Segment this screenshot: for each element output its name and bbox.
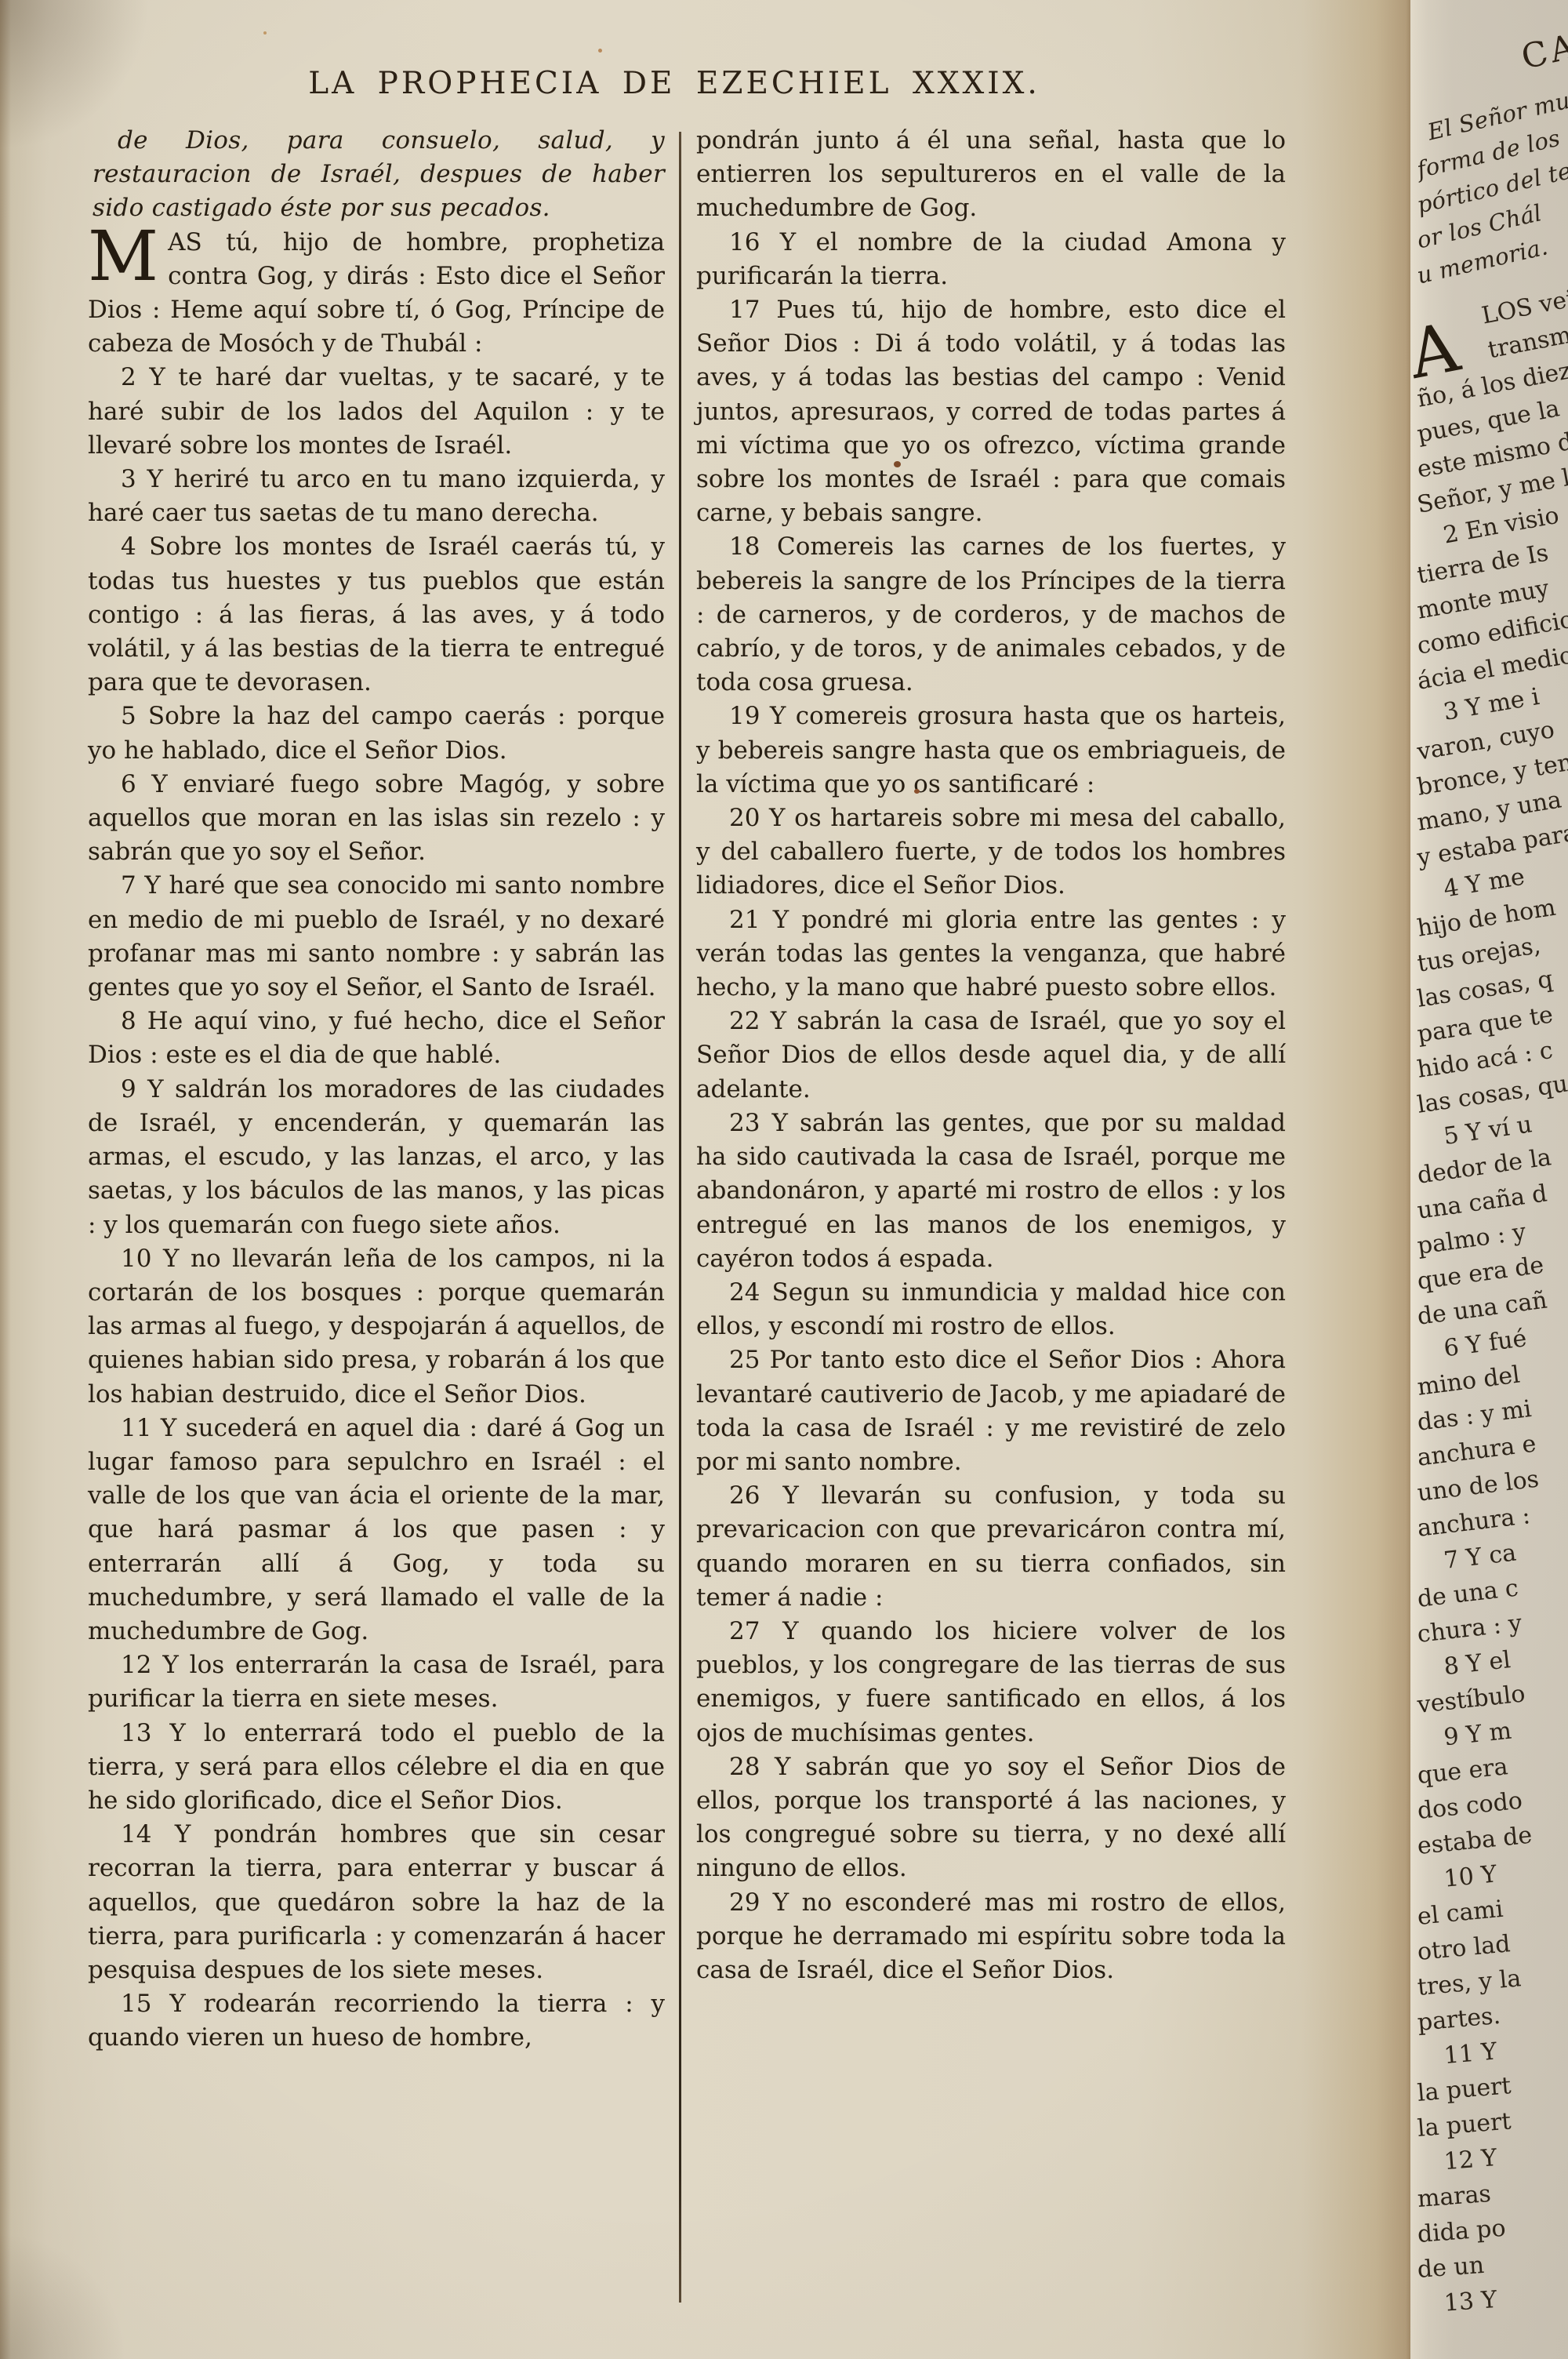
- verse: 4 Sobre los montes de Israél caerás tú, …: [88, 530, 665, 700]
- verse: 15 Y rodearán recorriendo la tierra : y …: [88, 1987, 665, 2055]
- verse: 5 Sobre la haz del campo caerás : porque…: [88, 700, 665, 767]
- verse: 20 Y os hartareis sobre mi mesa del caba…: [696, 801, 1286, 903]
- verse: 18 Comereis las carnes de los fuertes, y…: [696, 530, 1286, 700]
- verse: 19 Y comereis grosura hasta que os harte…: [696, 700, 1286, 801]
- verse: 3 Y heriré tu arco en tu mano izquierda,…: [88, 463, 665, 530]
- verse: 27 Y quando los hiciere volver de los pu…: [696, 1615, 1286, 1750]
- ink-speck: [914, 789, 920, 794]
- verse: 7 Y haré que sea conocido mi santo nombr…: [88, 869, 665, 1005]
- ink-speck: [894, 461, 901, 467]
- verse: 22 Y sabrán la casa de Israél, que yo so…: [696, 1005, 1286, 1107]
- verse: 16 Y el nombre de la ciudad Amona y puri…: [696, 226, 1286, 293]
- verse: 23 Y sabrán las gentes, que por su malda…: [696, 1107, 1286, 1276]
- verse: 13 Y lo enterrará todo el pueblo de la t…: [88, 1717, 665, 1819]
- verse: 28 Y sabrán que yo soy el Señor Dios de …: [696, 1750, 1286, 1886]
- verse: 9 Y saldrán los moradores de las ciudade…: [88, 1073, 665, 1242]
- verse: 11 Y sucederá en aquel dia : daré á Gog …: [88, 1412, 665, 1648]
- verse: 6 Y enviaré fuego sobre Magóg, y sobre a…: [88, 768, 665, 870]
- verse: 2 Y te haré dar vueltas, y te sacaré, y …: [88, 361, 665, 463]
- verse: 26 Y llevarán su confusion, y toda su pr…: [696, 1479, 1286, 1615]
- book-scan: { "colors": { "paper": "#e0d8c6", "paper…: [0, 0, 1568, 2359]
- column-divider: [679, 132, 681, 2303]
- next-page-column: A El Señor muestforma de lospórtico del …: [1417, 118, 1568, 2323]
- verse: 10 Y no llevarán leña de los campos, ni …: [88, 1242, 665, 1412]
- ink-speck: [598, 49, 602, 53]
- verse: 12 Y los enterrarán la casa de Israél, p…: [88, 1648, 665, 1716]
- verse: pondrán junto á él una señal, hasta que …: [696, 124, 1286, 226]
- verse: MAS tú, hijo de hombre, prophetiza contr…: [88, 226, 665, 362]
- right-column: pondrán junto á él una señal, hasta que …: [696, 124, 1286, 1987]
- verse: 21 Y pondré mi gloria entre las gentes :…: [696, 903, 1286, 1005]
- page-header: LA PROPHECIA DE EZECHIEL XXXIX.: [55, 66, 1294, 101]
- verse: 8 He aquí vino, y fué hecho, dice el Señ…: [88, 1005, 665, 1072]
- drop-cap: M: [88, 226, 168, 293]
- verse: 24 Segun su inmundicia y maldad hice con…: [696, 1276, 1286, 1343]
- ink-speck: [263, 31, 267, 35]
- verse: 25 Por tanto esto dice el Señor Dios : A…: [696, 1343, 1286, 1479]
- chapter-summary-italic: de Dios, para consuelo, salud, y restaur…: [88, 124, 665, 226]
- left-column: de Dios, para consuelo, salud, y restaur…: [88, 124, 665, 2055]
- verse: 17 Pues tú, hijo de hombre, esto dice el…: [696, 293, 1286, 530]
- verse: 29 Y no esconderé mas mi rostro de ellos…: [696, 1886, 1286, 1988]
- verse: 14 Y pondrán hombres que sin cesar recor…: [88, 1818, 665, 1987]
